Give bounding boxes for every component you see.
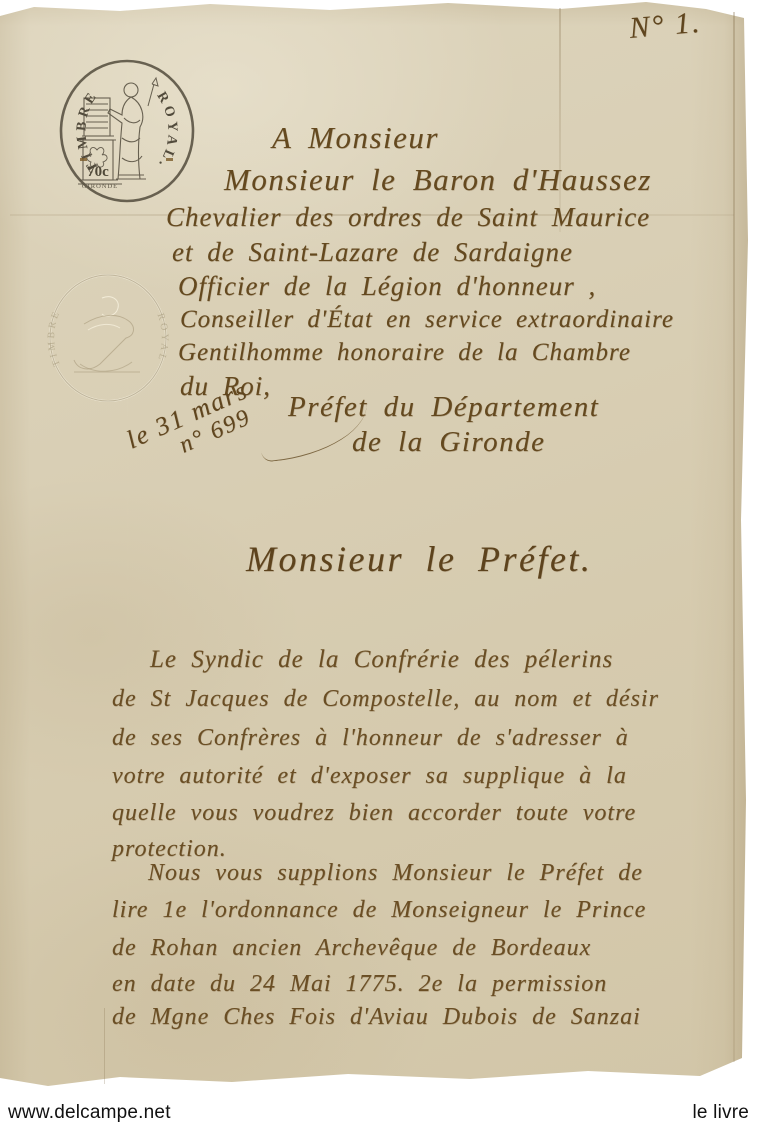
address-line-conseiller: Conseiller d'État en service extraordina…	[180, 306, 674, 334]
page-number: N° 1.	[628, 6, 703, 46]
svg-text:ROYAL: ROYAL	[155, 312, 170, 364]
stamp-department: GIRONDE	[82, 183, 118, 190]
embossed-seal: TIMBRE ROYAL	[44, 268, 172, 410]
address-line-gentilhomme: Gentilhomme honoraire de la Chambre	[178, 339, 631, 367]
body-line: Le Syndic de la Confrérie des pélerins	[150, 646, 613, 674]
address-line-gironde: de la Gironde	[352, 426, 546, 459]
stamp-value: 70c	[87, 164, 109, 180]
body-line: en date du 24 Mai 1775. 2e la permission	[112, 971, 607, 998]
svg-text:TIMBRE: TIMBRE	[46, 308, 63, 368]
body-line: lire 1e l'ordonnance de Monseigneur le P…	[112, 897, 646, 924]
body-line: de ses Confrères à l'honneur de s'adress…	[112, 725, 629, 752]
address-line-officier: Officier de la Légion d'honneur ,	[178, 271, 596, 302]
body-line: protection.	[112, 836, 227, 863]
address-line-chevalier: Chevalier des ordres de Saint Maurice	[166, 202, 650, 233]
embossed-seal-figure	[74, 297, 140, 372]
body-line: Nous vous supplions Monsieur le Préfet d…	[148, 860, 643, 887]
body-line: de St Jacques de Compostelle, au nom et …	[112, 686, 659, 713]
stamp-dash	[80, 158, 87, 161]
stamp-arc-left-text: TIMBRE	[74, 87, 102, 174]
salutation: Monsieur le Préfet.	[246, 538, 592, 580]
body-line: votre autorité et d'exposer sa supplique…	[112, 763, 627, 790]
stamp-dash	[166, 158, 173, 161]
address-line-a-monsieur: A Monsieur	[272, 120, 439, 156]
svg-text:TIMBRE: TIMBRE	[74, 87, 102, 174]
watermark-site-url: www.delcampe.net	[8, 1102, 171, 1124]
watermark-seller-name: le livre	[692, 1102, 749, 1124]
stamp-figure	[108, 78, 158, 179]
body-line: de Mgne Ches Fois d'Aviau Dubois de Sanz…	[112, 1004, 641, 1031]
body-line: quelle vous voudrez bien accorder toute …	[112, 800, 636, 827]
embossed-seal-arc-right-text: ROYAL	[155, 312, 170, 364]
scanned-document-photo: { "document": { "page_number": "N° 1.", …	[0, 0, 759, 1132]
embossed-seal-arc-left-text: TIMBRE	[46, 308, 63, 368]
timbre-royal-stamp: TIMBRE ROYAL. 70c GIRONDE	[56, 54, 198, 206]
address-line-baron: Monsieur le Baron d'Haussez	[224, 162, 652, 198]
address-line-saint-lazare: et de Saint-Lazare de Sardaigne	[172, 237, 573, 268]
body-line: de Rohan ancien Archevêque de Bordeaux	[112, 935, 591, 962]
